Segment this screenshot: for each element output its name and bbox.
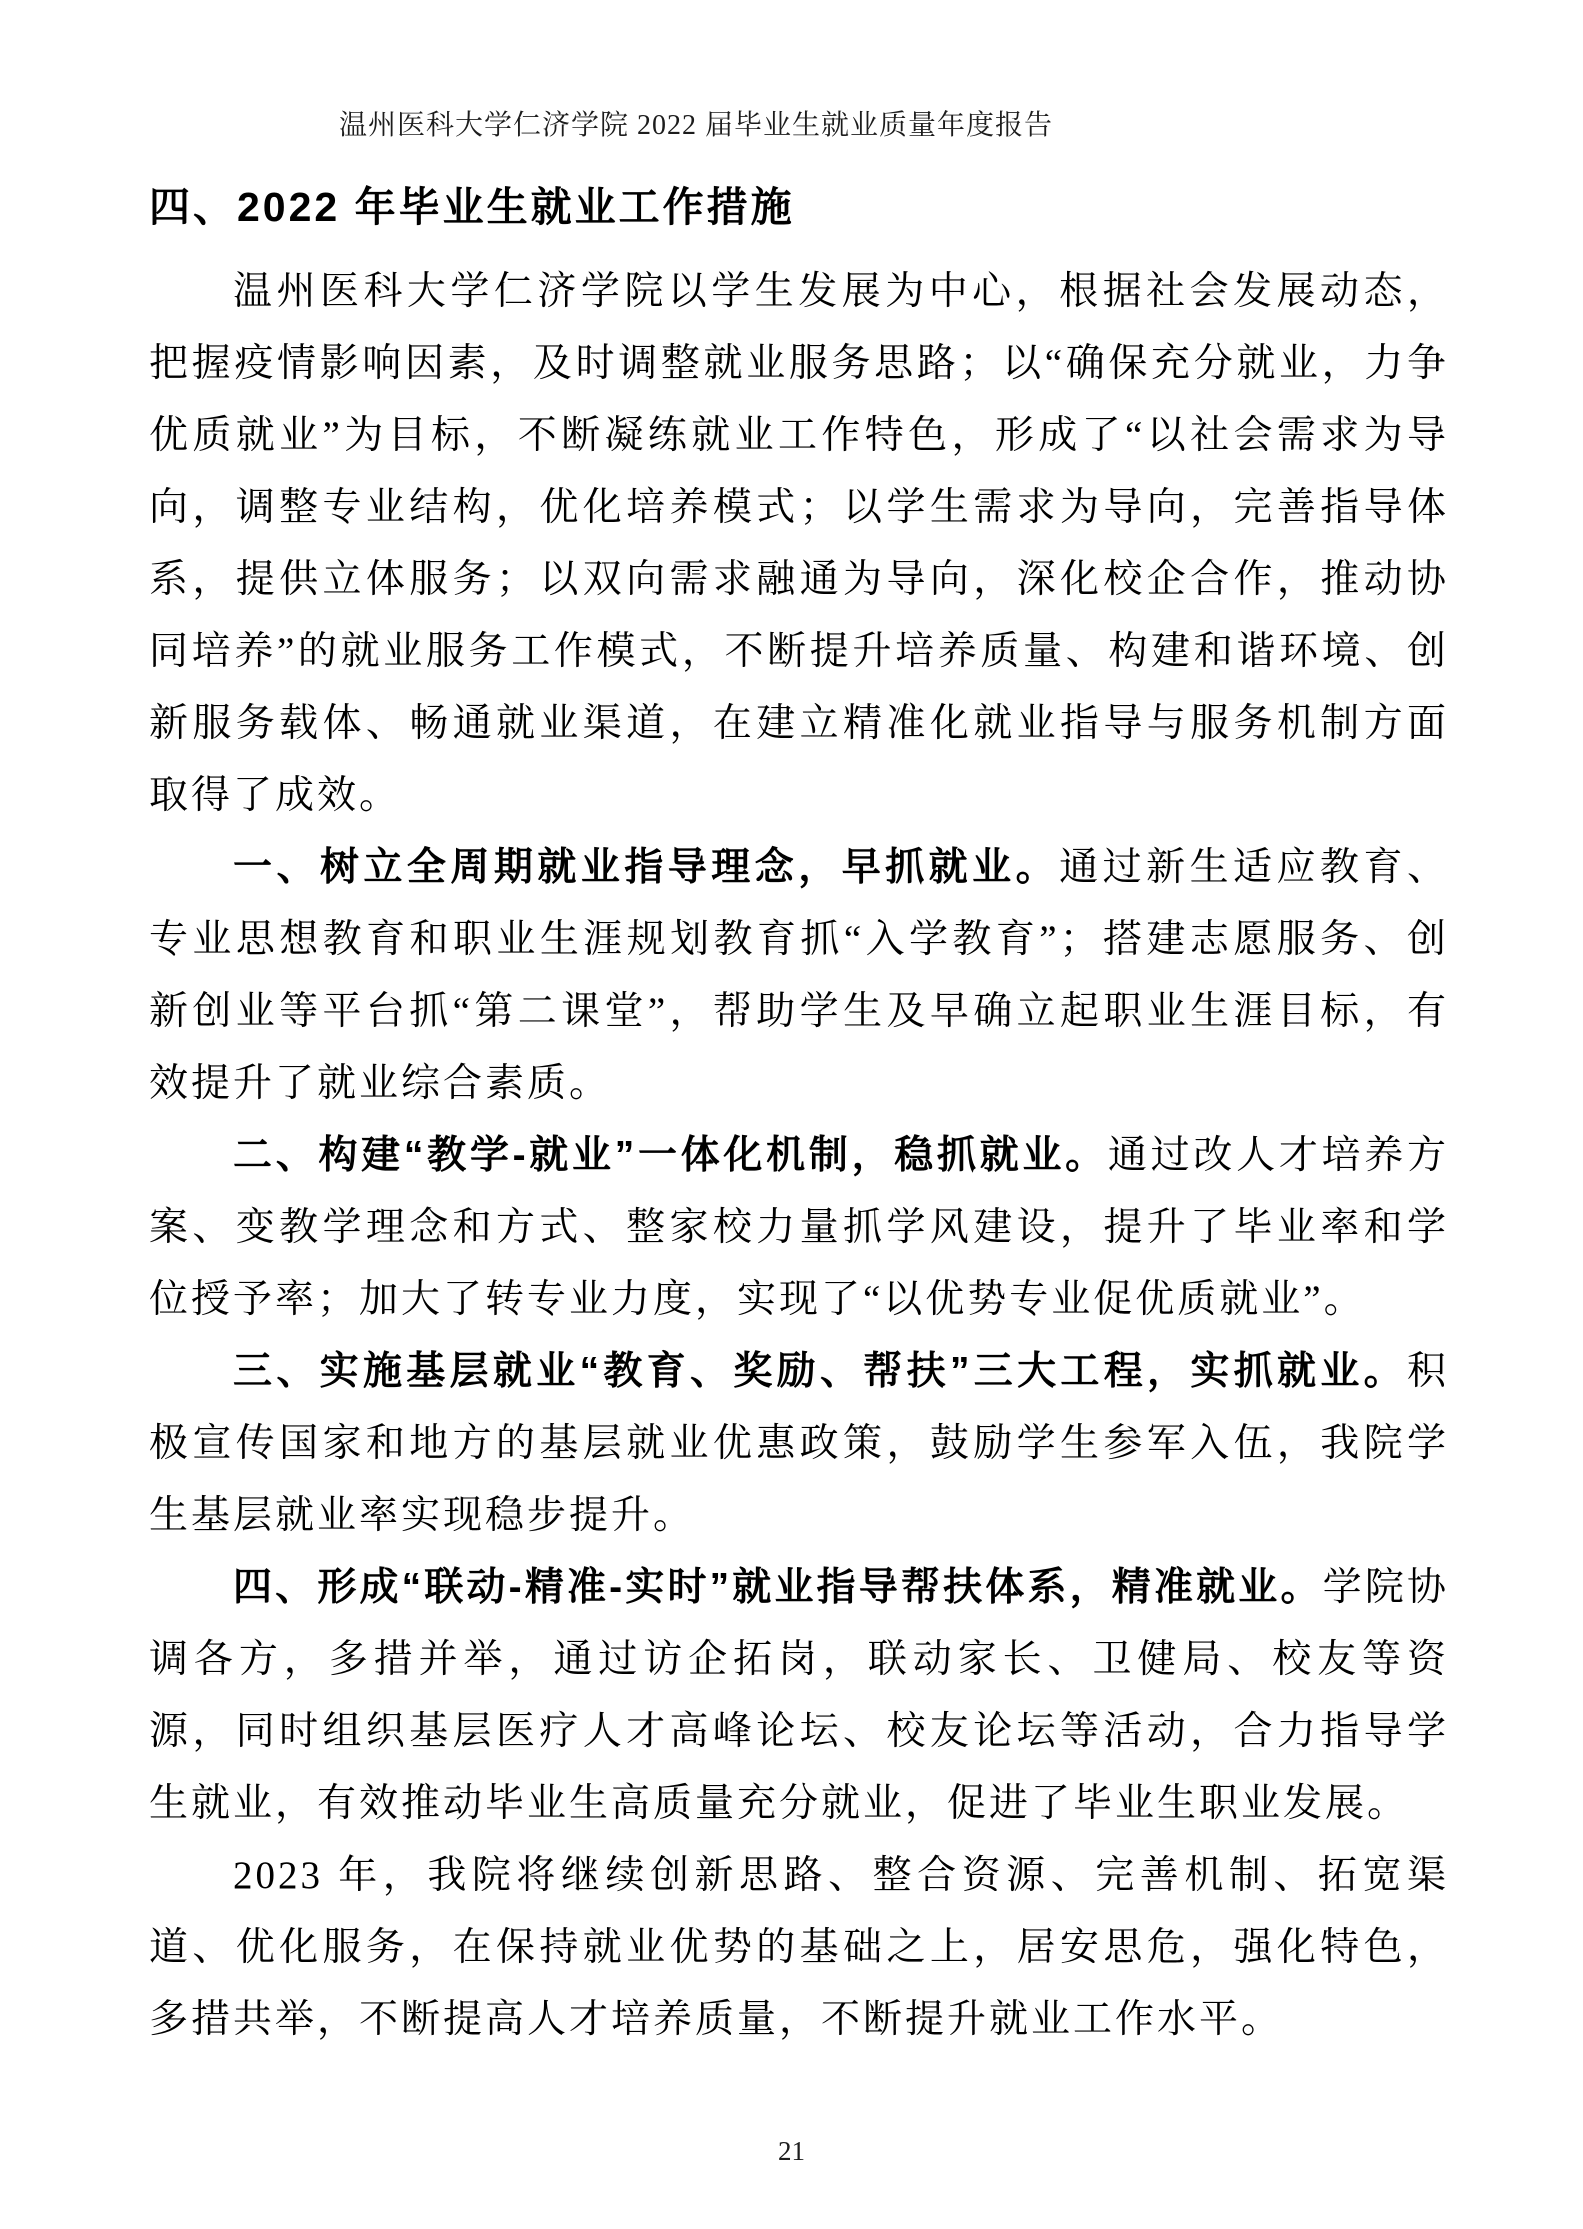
paragraph-text: 2023 年，我院将继续创新思路、整合资源、完善机制、拓宽渠道、优化服务，在保持… [149,1854,1449,2041]
paragraph-lead-bold: 二、构建“教学-就业”一体化机制，稳抓就业。 [233,1134,1108,1177]
paragraph: 一、树立全周期就业指导理念，早抓就业。通过新生适应教育、专业思想教育和职业生涯规… [149,832,1449,1120]
document-body: 四、2022 年毕业生就业工作措施 温州医科大学仁济学院以学生发展为中心，根据社… [149,180,1449,2056]
paragraph-lead-bold: 一、树立全周期就业指导理念，早抓就业。 [233,846,1059,889]
section-title: 四、2022 年毕业生就业工作措施 [149,180,1449,234]
paragraph: 温州医科大学仁济学院以学生发展为中心，根据社会发展动态，把握疫情影响因素，及时调… [149,256,1449,832]
paragraph-list: 温州医科大学仁济学院以学生发展为中心，根据社会发展动态，把握疫情影响因素，及时调… [149,256,1449,2056]
paragraph: 四、形成“联动-精准-实时”就业指导帮扶体系，精准就业。学院协调各方，多措并举，… [149,1552,1449,1840]
paragraph: 2023 年，我院将继续创新思路、整合资源、完善机制、拓宽渠道、优化服务，在保持… [149,1840,1449,2056]
page-number: 21 [0,2136,1583,2167]
paragraph: 三、实施基层就业“教育、奖励、帮扶”三大工程，实抓就业。积极宣传国家和地方的基层… [149,1336,1449,1552]
running-header-title: 温州医科大学仁济学院 2022 届毕业生就业质量年度报告 [0,103,1392,143]
paragraph-text: 温州医科大学仁济学院以学生发展为中心，根据社会发展动态，把握疫情影响因素，及时调… [149,270,1449,817]
paragraph: 二、构建“教学-就业”一体化机制，稳抓就业。通过改人才培养方案、变教学理念和方式… [149,1120,1449,1336]
paragraph-lead-bold: 四、形成“联动-精准-实时”就业指导帮扶体系，精准就业。 [233,1566,1323,1609]
paragraph-lead-bold: 三、实施基层就业“教育、奖励、帮扶”三大工程，实抓就业。 [233,1350,1407,1393]
document-page: 温州医科大学仁济学院 2022 届毕业生就业质量年度报告 四、2022 年毕业生… [0,0,1583,2229]
